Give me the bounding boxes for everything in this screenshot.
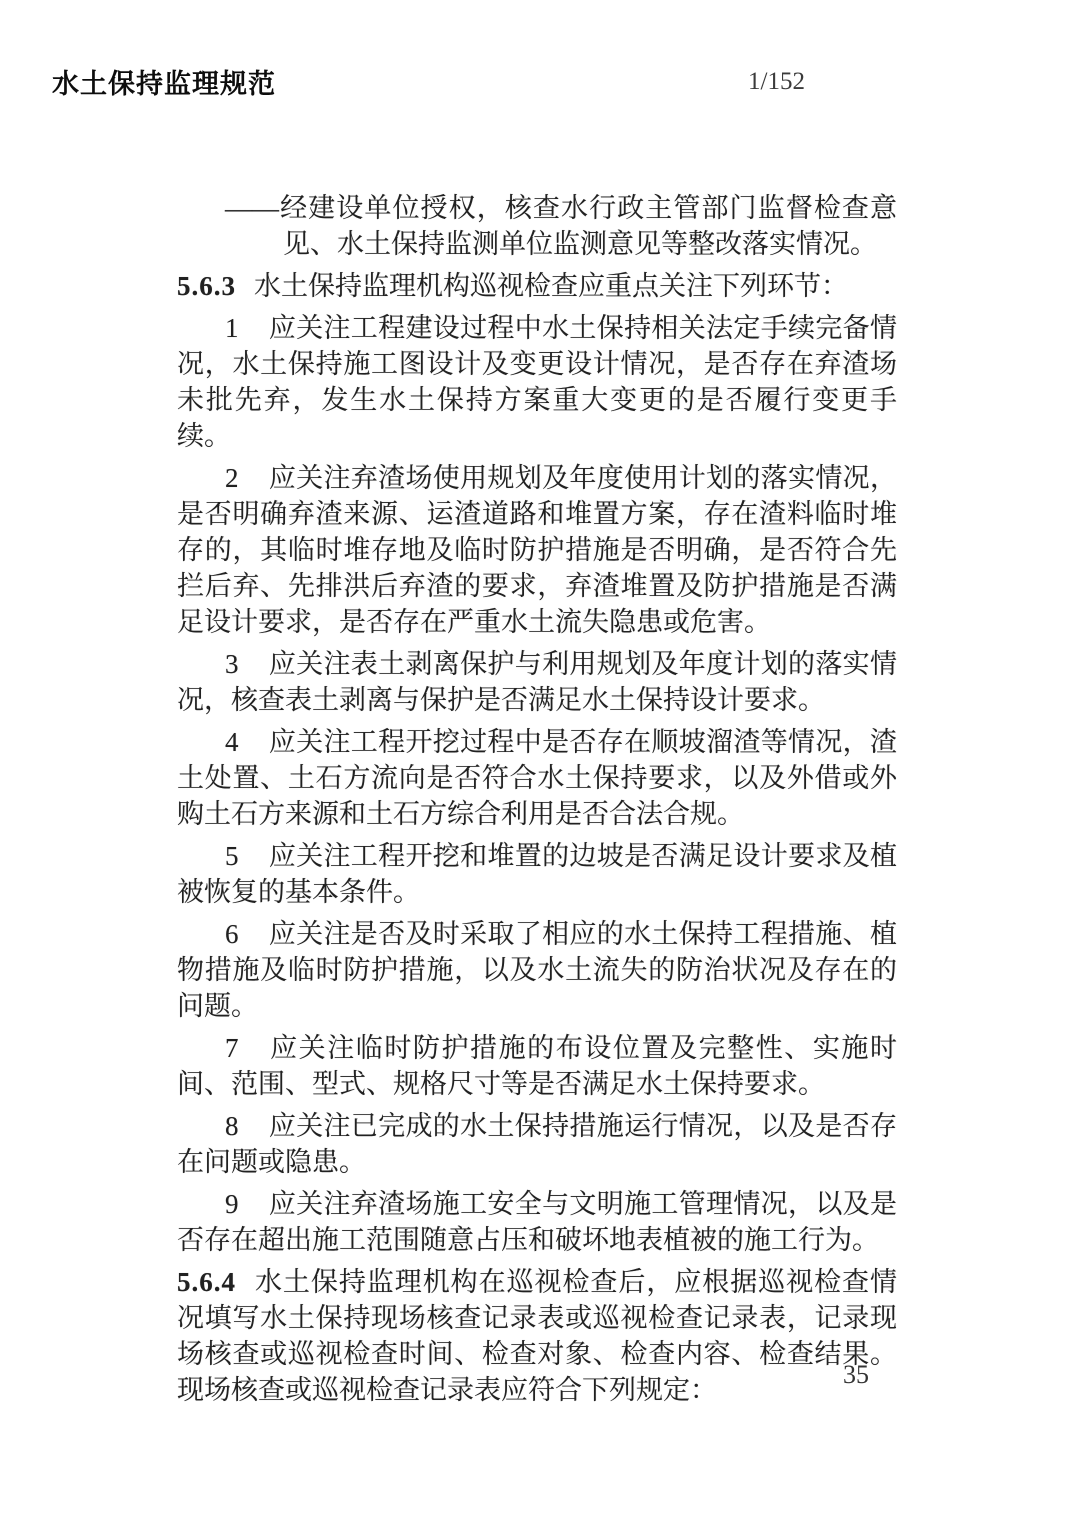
item-number: 9 xyxy=(225,1189,239,1219)
item-number: 6 xyxy=(225,919,239,949)
item-number: 1 xyxy=(225,313,239,343)
document-page: 水土保持监理规范 1/152 ——经建设单位授权，核查水行政主管部门监督检查意见… xyxy=(0,0,1080,1527)
list-item-1: 1应关注工程建设过程中水土保持相关法定手续完备情况，水土保持施工图设计及变更设计… xyxy=(177,310,897,454)
item-number: 7 xyxy=(225,1033,239,1063)
document-body: ——经建设单位授权，核查水行政主管部门监督检查意见、水土保持监测单位监测意见等整… xyxy=(177,190,897,1414)
page-number: 35 xyxy=(843,1360,869,1390)
item-text: 应关注是否及时采取了相应的水土保持工程措施、植物措施及临时防护措施，以及水土流失… xyxy=(177,919,897,1021)
item-text: 应关注弃渣场使用规划及年度使用计划的落实情况，是否明确弃渣来源、运渣道路和堆置方… xyxy=(177,463,897,637)
em-dash: —— xyxy=(225,193,279,223)
item-number: 4 xyxy=(225,727,239,757)
clause-5-6-3: 5.6.3水土保持监理机构巡视检查应重点关注下列环节： xyxy=(177,268,897,304)
list-item-2: 2应关注弃渣场使用规划及年度使用计划的落实情况，是否明确弃渣来源、运渣道路和堆置… xyxy=(177,460,897,640)
item-number: 5 xyxy=(225,841,239,871)
page-progress-indicator: 1/152 xyxy=(748,68,805,96)
list-item-3: 3应关注表土剥离保护与利用规划及年度计划的落实情况，核查表土剥离与保护是否满足水… xyxy=(177,646,897,718)
clause-number: 5.6.3 xyxy=(177,271,236,301)
item-text: 应关注弃渣场施工安全与文明施工管理情况，以及是否存在超出施工范围随意占压和破坏地… xyxy=(177,1189,897,1255)
paragraph-text: 经建设单位授权，核查水行政主管部门监督检查意见、水土保持监测单位监测意见等整改落… xyxy=(279,193,897,259)
item-text: 应关注工程开挖和堆置的边坡是否满足设计要求及植被恢复的基本条件。 xyxy=(177,841,897,907)
item-text: 应关注工程建设过程中水土保持相关法定手续完备情况，水土保持施工图设计及变更设计情… xyxy=(177,313,897,451)
list-item-7: 7应关注临时防护措施的布设位置及完整性、实施时间、范围、型式、规格尺寸等是否满足… xyxy=(177,1030,897,1102)
clause-text: 水土保持监理机构在巡视检查后，应根据巡视检查情况填写水土保持现场核查记录表或巡视… xyxy=(177,1267,897,1405)
clause-number: 5.6.4 xyxy=(177,1267,236,1297)
paragraph-integration-remark: ——经建设单位授权，核查水行政主管部门监督检查意见、水土保持监测单位监测意见等整… xyxy=(283,190,897,262)
document-title: 水土保持监理规范 xyxy=(52,62,276,101)
item-text: 应关注临时防护措施的布设位置及完整性、实施时间、范围、型式、规格尺寸等是否满足水… xyxy=(177,1033,897,1099)
item-text: 应关注表土剥离保护与利用规划及年度计划的落实情况，核查表土剥离与保护是否满足水土… xyxy=(177,649,897,715)
item-text: 应关注工程开挖过程中是否存在顺坡溜渣等情况，渣土处置、土石方流向是否符合水土保持… xyxy=(177,727,897,829)
item-number: 8 xyxy=(225,1111,239,1141)
list-item-6: 6应关注是否及时采取了相应的水土保持工程措施、植物措施及临时防护措施，以及水土流… xyxy=(177,916,897,1024)
item-text: 应关注已完成的水土保持措施运行情况，以及是否存在问题或隐患。 xyxy=(177,1111,897,1177)
list-item-9: 9应关注弃渣场施工安全与文明施工管理情况，以及是否存在超出施工范围随意占压和破坏… xyxy=(177,1186,897,1258)
list-item-8: 8应关注已完成的水土保持措施运行情况，以及是否存在问题或隐患。 xyxy=(177,1108,897,1180)
list-item-5: 5应关注工程开挖和堆置的边坡是否满足设计要求及植被恢复的基本条件。 xyxy=(177,838,897,910)
clause-5-6-4: 5.6.4水土保持监理机构在巡视检查后，应根据巡视检查情况填写水土保持现场核查记… xyxy=(177,1264,897,1408)
clause-text: 水土保持监理机构巡视检查应重点关注下列环节： xyxy=(254,271,848,301)
list-item-4: 4应关注工程开挖过程中是否存在顺坡溜渣等情况，渣土处置、土石方流向是否符合水土保… xyxy=(177,724,897,832)
item-number: 2 xyxy=(225,463,239,493)
item-number: 3 xyxy=(225,649,239,679)
